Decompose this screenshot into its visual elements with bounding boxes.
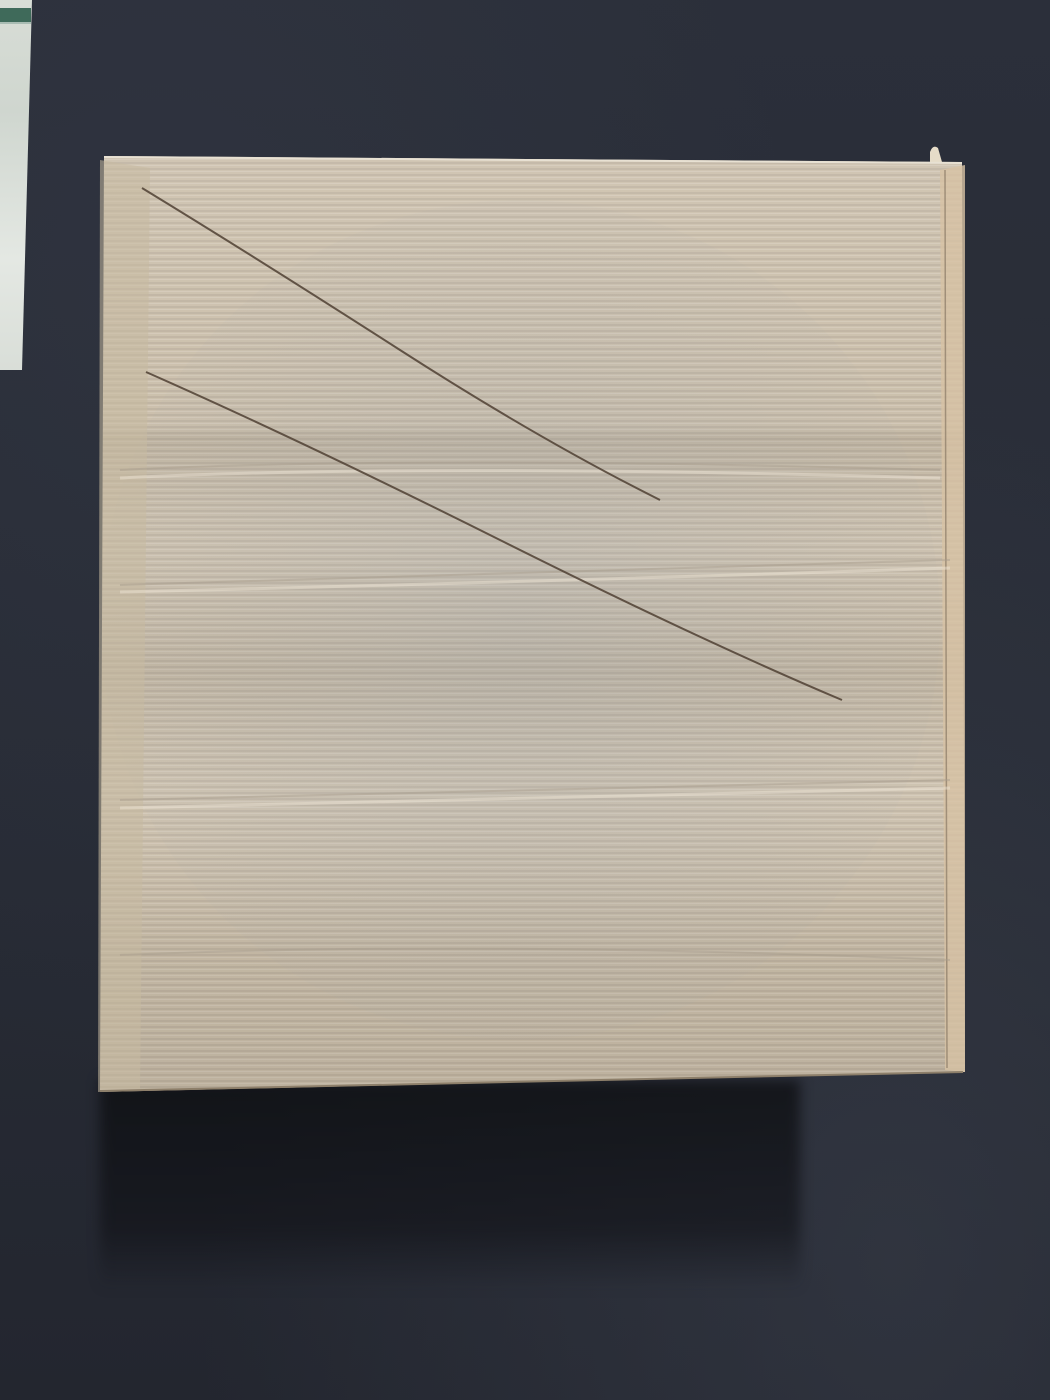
wrapped-package [0,0,1050,1400]
paper-tab [930,147,942,162]
